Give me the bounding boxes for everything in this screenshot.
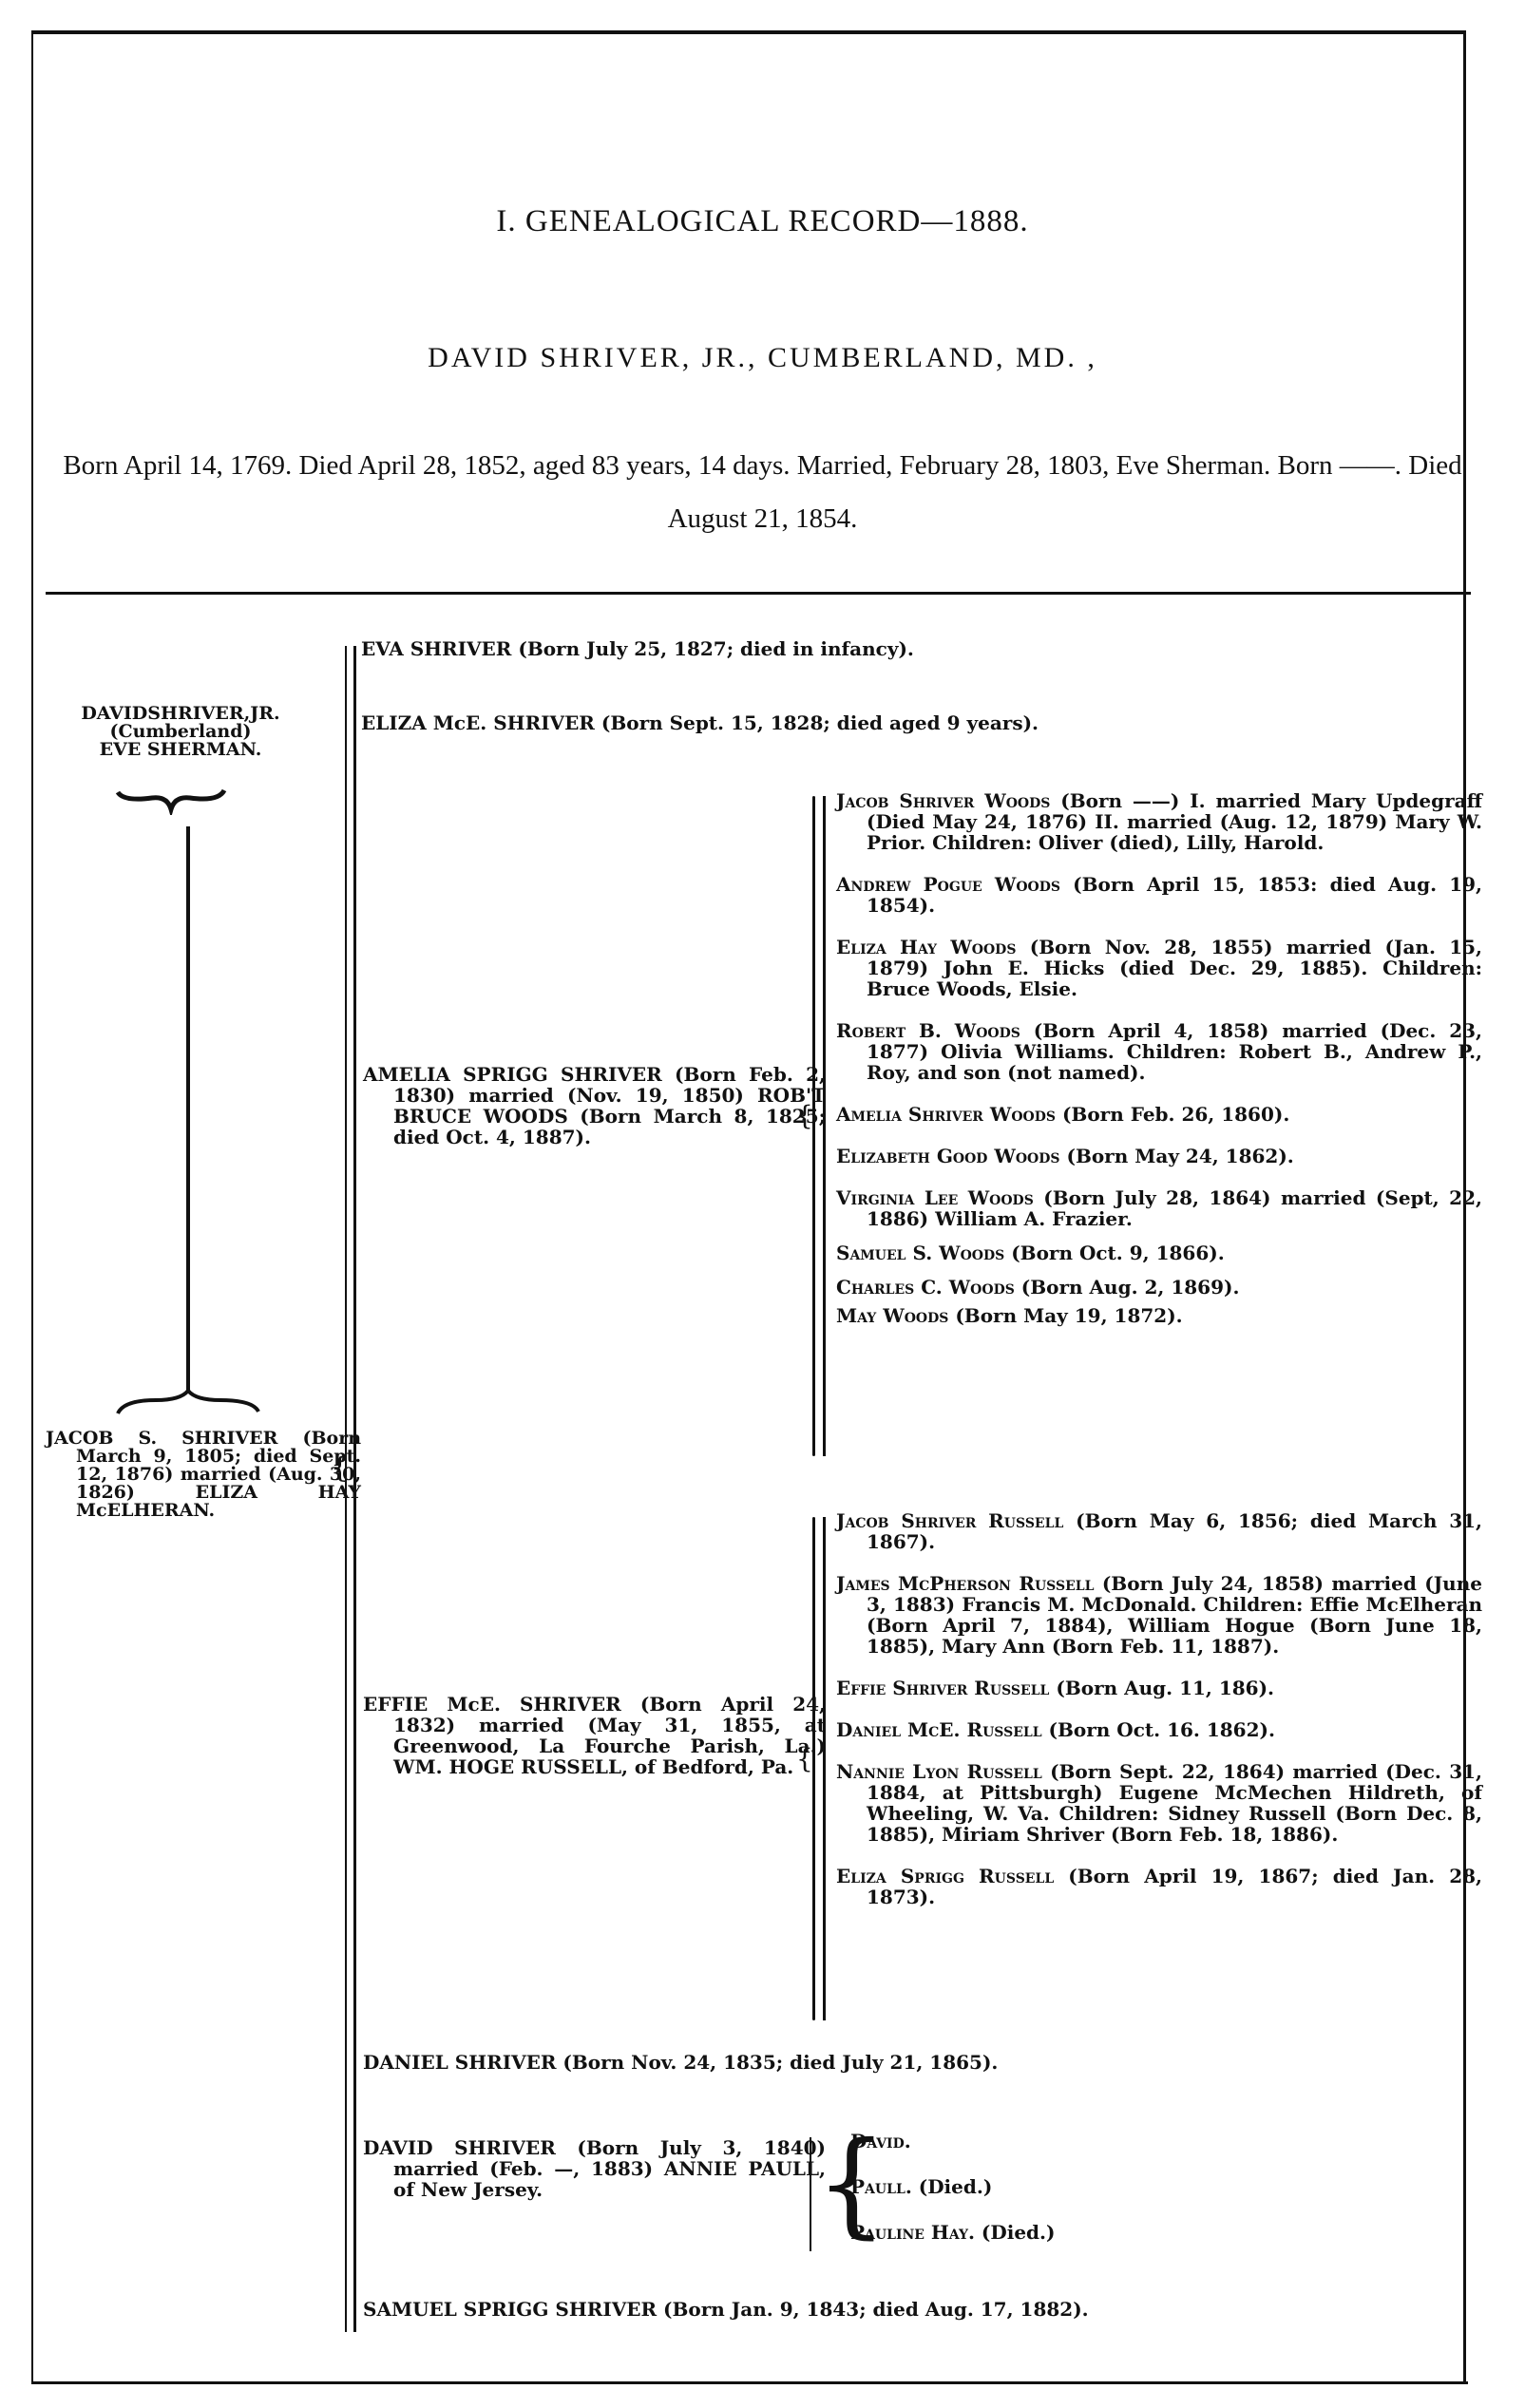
child-samuel: SAMUEL SPRIGG SHRIVER (Born Jan. 9, 1843… — [363, 2299, 1218, 2320]
brace-icon: { — [796, 1100, 813, 1131]
russell-grandchildren-list: Jacob Shriver Russell (Born May 6, 1856;… — [836, 1510, 1482, 1907]
child-eva: EVA SHRIVER (Born July 25, 1827; died in… — [361, 638, 1216, 659]
child-eliza: ELIZA McE. SHRIVER (Born Sept. 15, 1828;… — [361, 712, 1216, 733]
grandchild-russell: Eliza Sprigg Russell (Born April 19, 186… — [836, 1866, 1482, 1907]
children-bracket-inner — [353, 646, 356, 2332]
brace-up-icon — [114, 1387, 266, 1415]
grandchild-russell: James McPherson Russell (Born July 24, 1… — [836, 1573, 1482, 1657]
subject-heading: DAVID SHRIVER, JR., CUMBERLAND, MD. , — [0, 342, 1525, 374]
grandchild-paull: Paull. (Died.) — [850, 2176, 1325, 2197]
woods-bracket-outer — [812, 796, 815, 1456]
bottom-rule — [31, 2381, 1468, 2384]
child-david: DAVID SHRIVER (Born July 3, 1840) marrie… — [363, 2137, 826, 2200]
grandchild-paull: Pauline Hay. (Died.) — [850, 2222, 1325, 2243]
paull-grandchildren-list: David. Paull. (Died.) Pauline Hay. (Died… — [850, 2131, 1325, 2243]
grandchild-russell: Daniel McE. Russell (Born Oct. 16. 1862)… — [836, 1719, 1482, 1740]
child-effie: EFFIE McE. SHRIVER (Born April 24, 1832)… — [363, 1694, 826, 1777]
grandchild-russell: Nannie Lyon Russell (Born Sept. 22, 1864… — [836, 1761, 1482, 1845]
brace-down-icon — [114, 787, 228, 815]
grandchild-woods: May Woods (Born May 19, 1872). — [836, 1305, 1482, 1326]
brace-icon: { — [796, 1743, 813, 1774]
couple-1: DAVIDSHRIVER,JR. (Cumberland) EVE SHERMA… — [38, 705, 323, 759]
grandchild-woods: Elizabeth Good Woods (Born May 24, 1862)… — [836, 1146, 1482, 1166]
grandchild-woods: Andrew Pogue Woods (Born April 15, 1853:… — [836, 874, 1482, 916]
header-divider — [46, 592, 1471, 595]
russell-bracket-inner — [823, 1517, 826, 2020]
woods-grandchildren-list: Jacob Shriver Woods (Born ——) I. married… — [836, 790, 1482, 1326]
woods-bracket-inner — [823, 796, 826, 1456]
grandchild-woods: Eliza Hay Woods (Born Nov. 28, 1855) mar… — [836, 937, 1482, 999]
grandchild-woods: Virginia Lee Woods (Born July 28, 1864) … — [836, 1187, 1482, 1229]
grandchild-woods: Amelia Shriver Woods (Born Feb. 26, 1860… — [836, 1104, 1482, 1125]
paull-bracket-outer — [810, 2137, 811, 2251]
grandchild-woods: Jacob Shriver Woods (Born ——) I. married… — [836, 790, 1482, 853]
couple-1-line3: EVE SHERMAN. — [38, 741, 323, 759]
grandchild-woods: Robert B. Woods (Born April 4, 1858) mar… — [836, 1020, 1482, 1083]
child-daniel: DANIEL SHRIVER (Born Nov. 24, 1835; died… — [363, 2052, 1218, 2073]
descent-line — [186, 826, 190, 1392]
subject-summary: Born April 14, 1769. Died April 28, 1852… — [0, 439, 1525, 545]
grandchild-paull: David. — [850, 2131, 1325, 2152]
grandchild-russell: Jacob Shriver Russell (Born May 6, 1856;… — [836, 1510, 1482, 1552]
children-bracket-outer — [345, 646, 347, 2332]
page-title: I. GENEALOGICAL RECORD—1888. — [0, 204, 1525, 239]
grandchild-woods: Samuel S. Woods (Born Oct. 9, 1866). — [836, 1242, 1482, 1263]
grandchild-woods: Charles C. Woods (Born Aug. 2, 1869). — [836, 1277, 1482, 1298]
child-amelia: AMELIA SPRIGG SHRIVER (Born Feb. 2, 1830… — [363, 1064, 826, 1147]
grandchild-russell: Effie Shriver Russell (Born Aug. 11, 186… — [836, 1678, 1482, 1698]
top-rule — [31, 30, 1466, 34]
russell-bracket-outer — [812, 1517, 815, 2020]
couple-2: JACOB S. SHRIVER (Born March 9, 1805; di… — [46, 1430, 361, 1520]
